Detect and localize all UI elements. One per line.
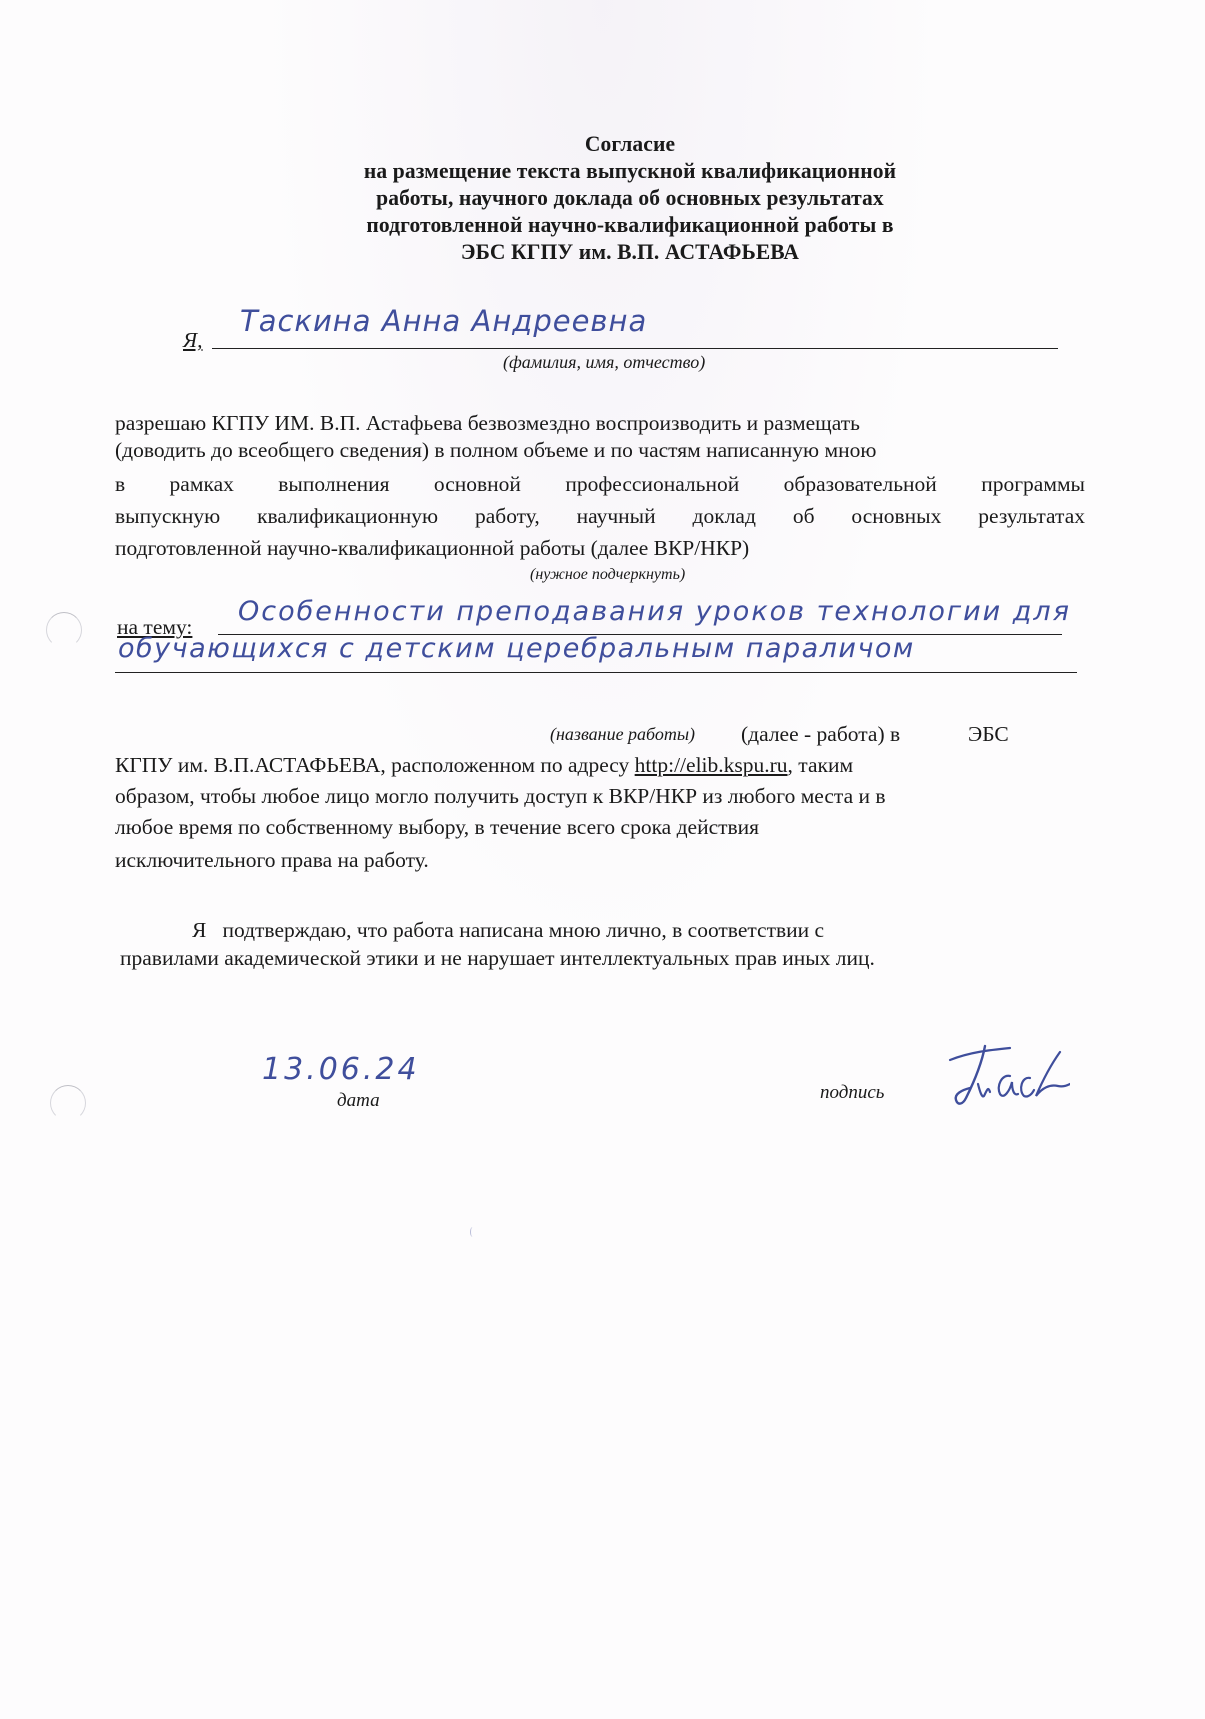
- after-caption-text: (далее - работа) в: [741, 721, 900, 747]
- title-line-5: ЭБС КГПУ им. В.П. АСТАФЬЕВА: [287, 238, 973, 265]
- name-handwritten-value[interactable]: Таскина Анна Андреевна: [240, 304, 647, 338]
- confirmation-line-1: Я подтверждаю, что работа написана мною …: [192, 917, 824, 943]
- title-line-2: на размещение текста выпускной квалифика…: [287, 157, 973, 184]
- document-title: Согласие на размещение текста выпускной …: [287, 130, 973, 265]
- signature-caption: подпись: [820, 1082, 884, 1104]
- title-line-4: подготовленной научно-квалификационной р…: [287, 211, 973, 238]
- confirmation-line-2: правилами академической этики и не наруш…: [120, 945, 875, 971]
- punch-hole-top: [46, 612, 82, 648]
- title-line-3: работы, научного доклада об основных рез…: [287, 184, 973, 211]
- permission-line-5: подготовленной научно-квалификационной р…: [115, 535, 749, 561]
- date-handwritten-value[interactable]: 13.06.24: [262, 1052, 420, 1087]
- placement-text-before-link: КГПУ им. В.П.АСТАФЬЕВА, расположенном по…: [115, 753, 635, 777]
- ebs-label: ЭБС: [968, 721, 1009, 747]
- scanned-page: Согласие на размещение текста выпускной …: [0, 0, 1205, 1719]
- title-line-1: Согласие: [287, 130, 973, 157]
- signature[interactable]: [930, 1042, 1070, 1112]
- name-caption: (фамилия, имя, отчество): [503, 352, 705, 373]
- permission-line-3: в рамках выполнения основной профессиона…: [115, 472, 1085, 497]
- date-caption: дата: [337, 1090, 380, 1112]
- permission-line-2: (доводить до всеобщего сведения) в полно…: [115, 437, 876, 463]
- placement-text-after-link: , таким: [788, 753, 854, 777]
- topic-handwritten-line-1[interactable]: Особенности преподавания уроков технолог…: [238, 596, 1071, 627]
- placement-line-3: любое время по собственному выбору, в те…: [115, 814, 759, 840]
- topic-handwritten-line-2[interactable]: обучающихся с детским церебральным парал…: [118, 633, 915, 664]
- underline-hint: (нужное подчеркнуть): [530, 566, 685, 584]
- name-underline: [212, 348, 1058, 349]
- elib-link[interactable]: http://elib.kspu.ru: [635, 753, 788, 777]
- scan-speck: [470, 1227, 475, 1237]
- work-name-caption: (название работы): [550, 724, 695, 745]
- name-prefix: Я,: [183, 327, 203, 353]
- permission-line-4: выпускную квалификационную работу, научн…: [115, 504, 1085, 529]
- punch-hole-bottom: [50, 1085, 86, 1121]
- permission-line-1: разрешаю КГПУ ИМ. В.П. Астафьева безвозм…: [115, 410, 860, 436]
- placement-line-1: КГПУ им. В.П.АСТАФЬЕВА, расположенном по…: [115, 752, 853, 778]
- signature-scribble: [930, 1042, 1070, 1112]
- placement-line-4: исключительного права на работу.: [115, 847, 429, 873]
- topic-underline-2: [115, 672, 1077, 673]
- placement-line-2: образом, чтобы любое лицо могло получить…: [115, 783, 886, 809]
